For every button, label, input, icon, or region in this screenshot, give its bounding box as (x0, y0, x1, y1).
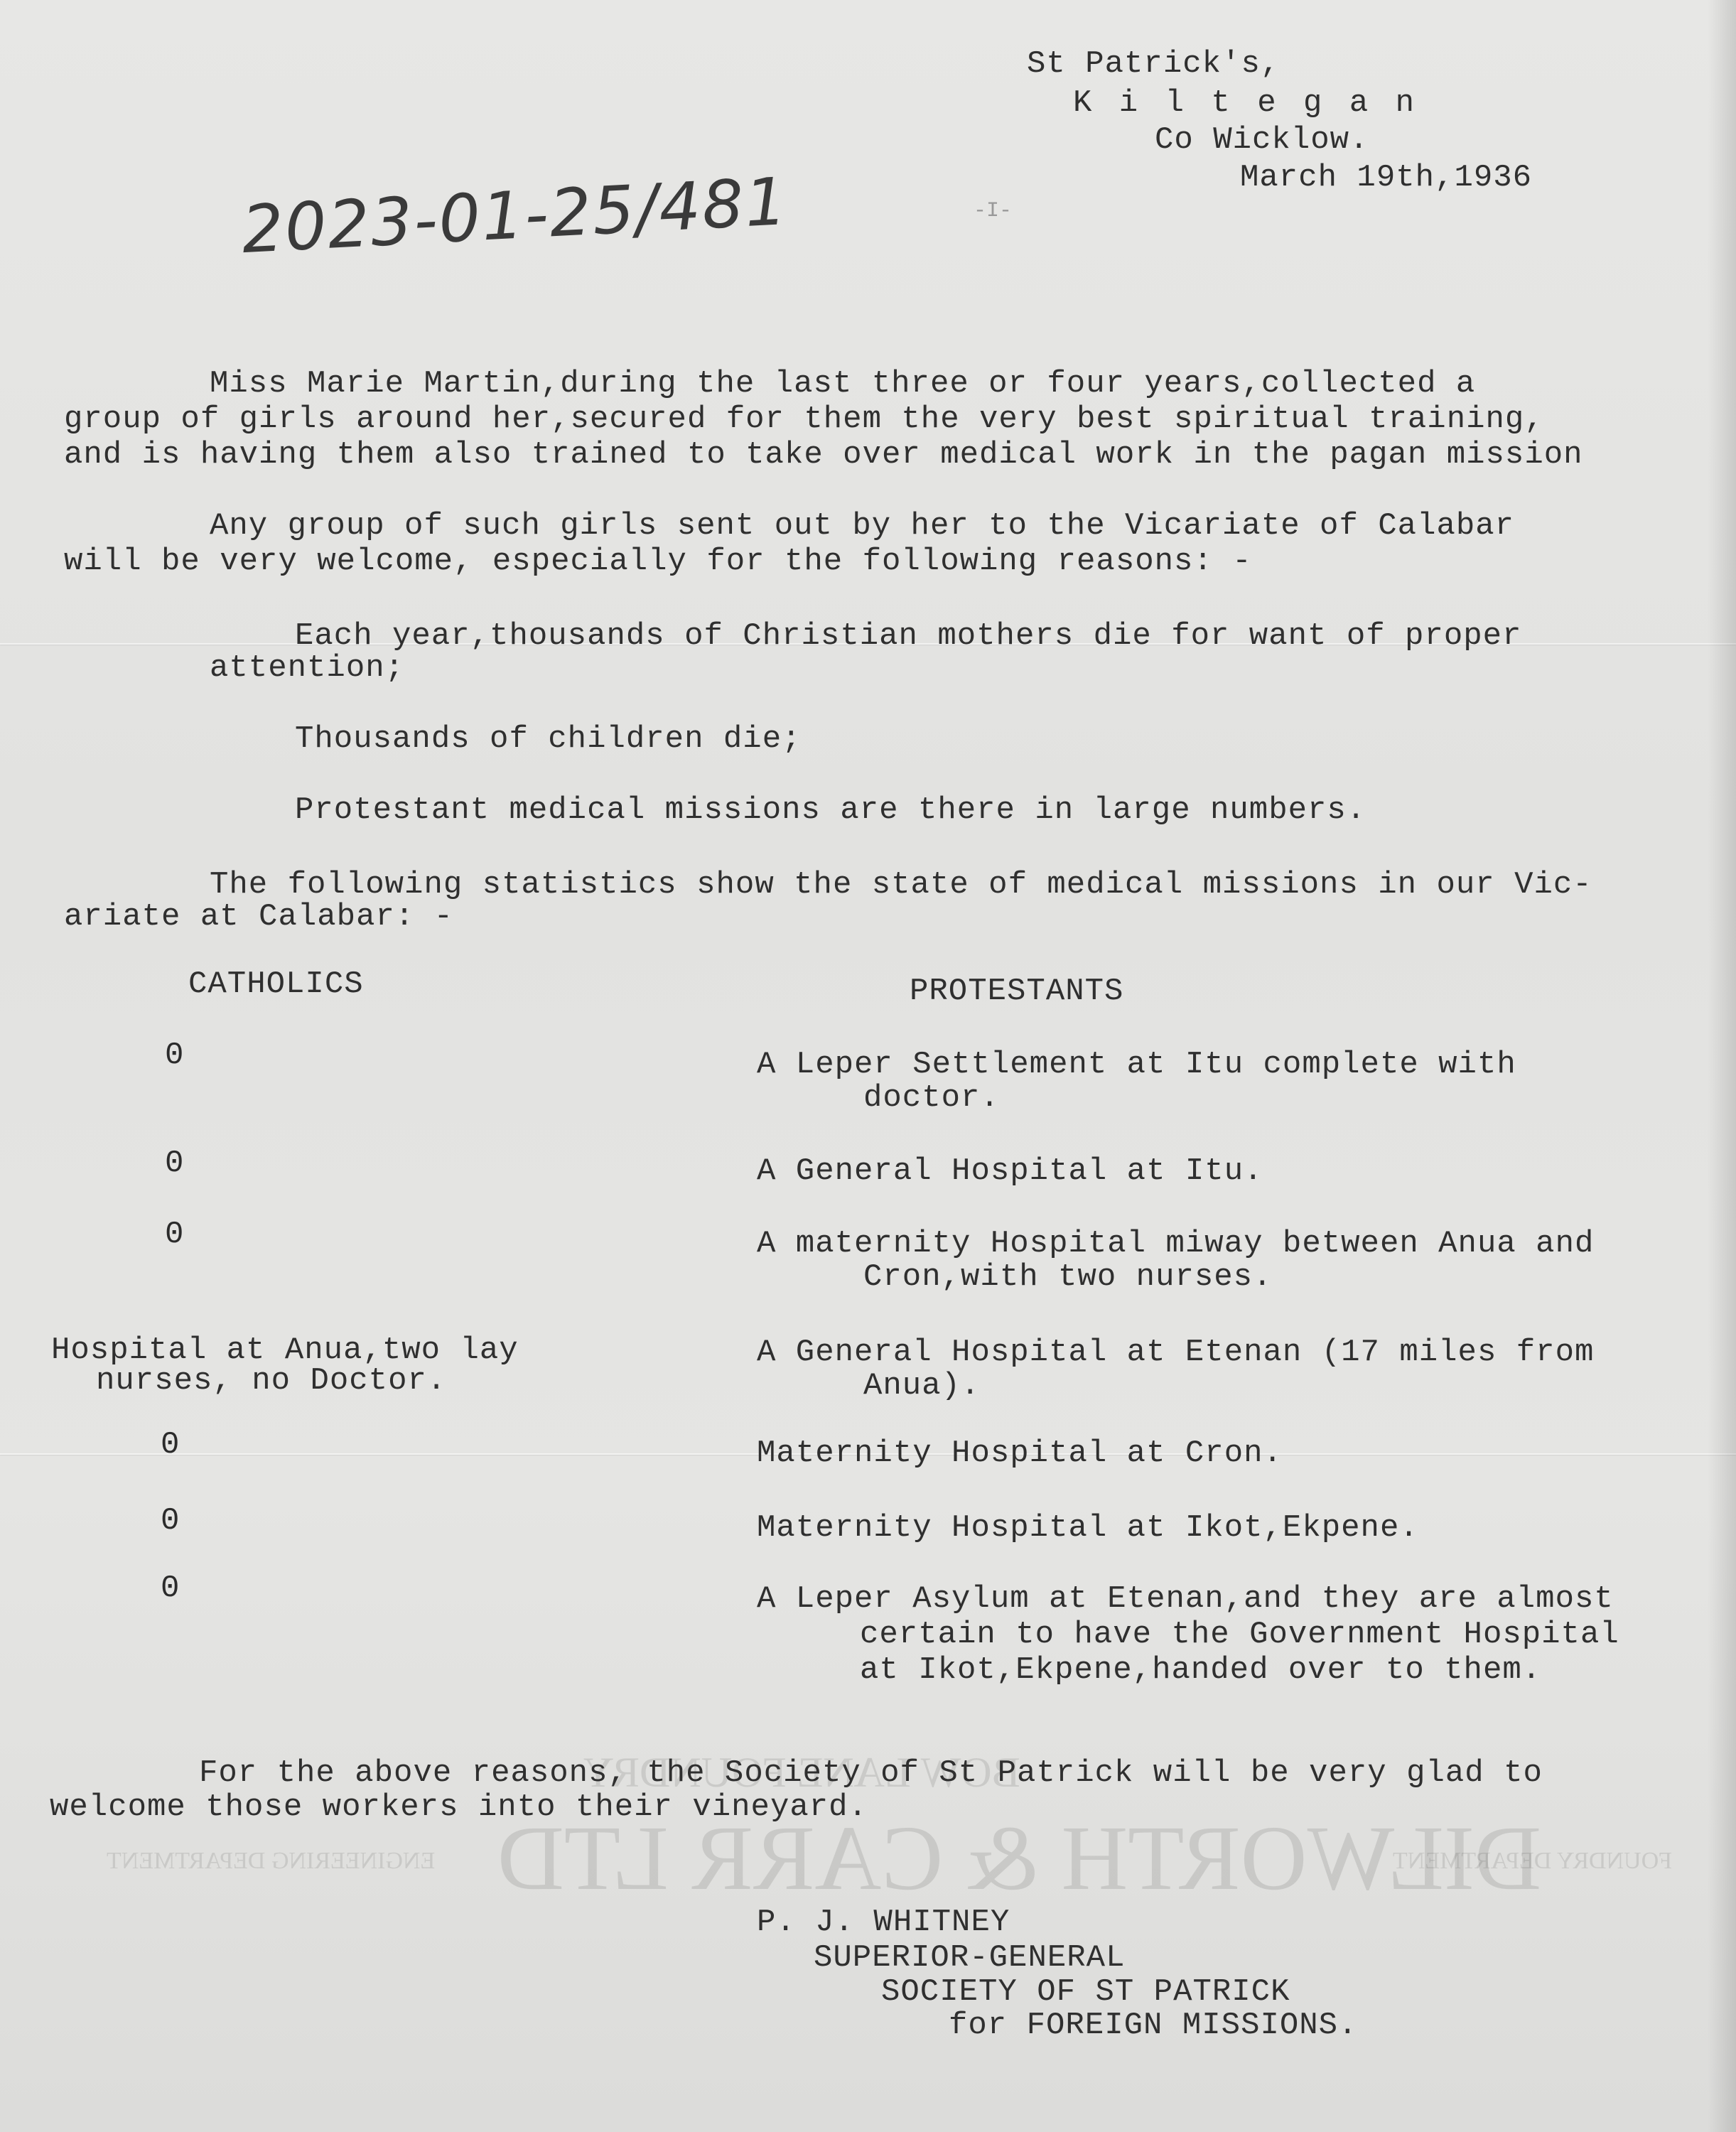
protestants-cell: A General Hospital at Etenan (17 miles f… (757, 1335, 1594, 1370)
protestants-cell: A maternity Hospital miway between Anua … (757, 1226, 1594, 1261)
catholics-cell: 0 (161, 1503, 179, 1539)
protestants-cell: A Leper Settlement at Itu complete with (757, 1047, 1516, 1082)
stats-intro-line: The following statistics show the state … (210, 867, 1592, 903)
intro-line: and is having them also trained to take … (64, 437, 1583, 473)
protestants-cell: Cron,with two nurses. (863, 1259, 1273, 1295)
signature-org: SOCIETY OF ST PATRICK (881, 1974, 1290, 2010)
address-line: St Patrick's, (1027, 46, 1280, 82)
protestants-header: PROTESTANTS (910, 974, 1123, 1009)
closing-line: For the above reasons, the Society of St… (199, 1755, 1543, 1791)
letter-page: DILWORTH & CARR LTD BOW LANE FOUNDRY ENG… (0, 0, 1736, 2132)
protestants-cell: doctor. (863, 1080, 1000, 1116)
reason-line: Thousands of children die; (295, 721, 802, 757)
welcome-line: will be very welcome, especially for the… (64, 544, 1252, 579)
signature-title: SUPERIOR-GENERAL (814, 1940, 1125, 1976)
stats-intro-line: ariate at Calabar: - (64, 899, 453, 935)
protestants-cell: Maternity Hospital at Cron. (757, 1436, 1283, 1471)
welcome-line: Any group of such girls sent out by her … (210, 508, 1514, 544)
catholics-cell: 0 (165, 1146, 183, 1181)
protestants-cell: A Leper Asylum at Etenan,and they are al… (757, 1581, 1614, 1617)
intro-line: Miss Marie Martin,during the last three … (210, 366, 1475, 402)
reason-line: attention; (210, 650, 404, 686)
signature-name: P. J. WHITNEY (757, 1905, 1010, 1940)
catholics-cell: 0 (165, 1038, 183, 1073)
catholics-cell: 0 (165, 1217, 183, 1252)
catholics-cell: 0 (161, 1427, 179, 1463)
page-marker: -I- (974, 199, 1012, 223)
protestants-cell: at Ikot,Ekpene,handed over to them. (860, 1652, 1541, 1688)
protestants-cell: Maternity Hospital at Ikot,Ekpene. (757, 1510, 1419, 1546)
protestants-cell: A General Hospital at Itu. (757, 1153, 1263, 1189)
catholics-header: CATHOLICS (188, 967, 364, 1002)
address-line: K i l t e g a n (1073, 85, 1418, 121)
letter-date: March 19th,1936 (1240, 160, 1532, 195)
handwritten-reference: 2023-01-25/481 (240, 163, 790, 268)
protestants-cell: Anua). (863, 1368, 980, 1404)
address-line: Co Wicklow. (1155, 122, 1369, 158)
protestants-cell: certain to have the Government Hospital (860, 1617, 1619, 1652)
catholics-cell: 0 (161, 1571, 179, 1606)
intro-line: group of girls around her,secured for th… (64, 402, 1544, 437)
closing-line: welcome those workers into their vineyar… (50, 1789, 868, 1825)
reason-line: Each year,thousands of Christian mothers… (295, 618, 1521, 654)
show-through-right-dept: FOUNDRY DEPARTMENT (1393, 1848, 1672, 1875)
signature-org: for FOREIGN MISSIONS. (949, 2008, 1358, 2043)
catholics-cell: nurses, no Doctor. (96, 1363, 446, 1399)
reason-line: Protestant medical missions are there in… (295, 792, 1366, 828)
show-through-left-dept: ENGINEERING DEPARTMENT (107, 1848, 435, 1875)
